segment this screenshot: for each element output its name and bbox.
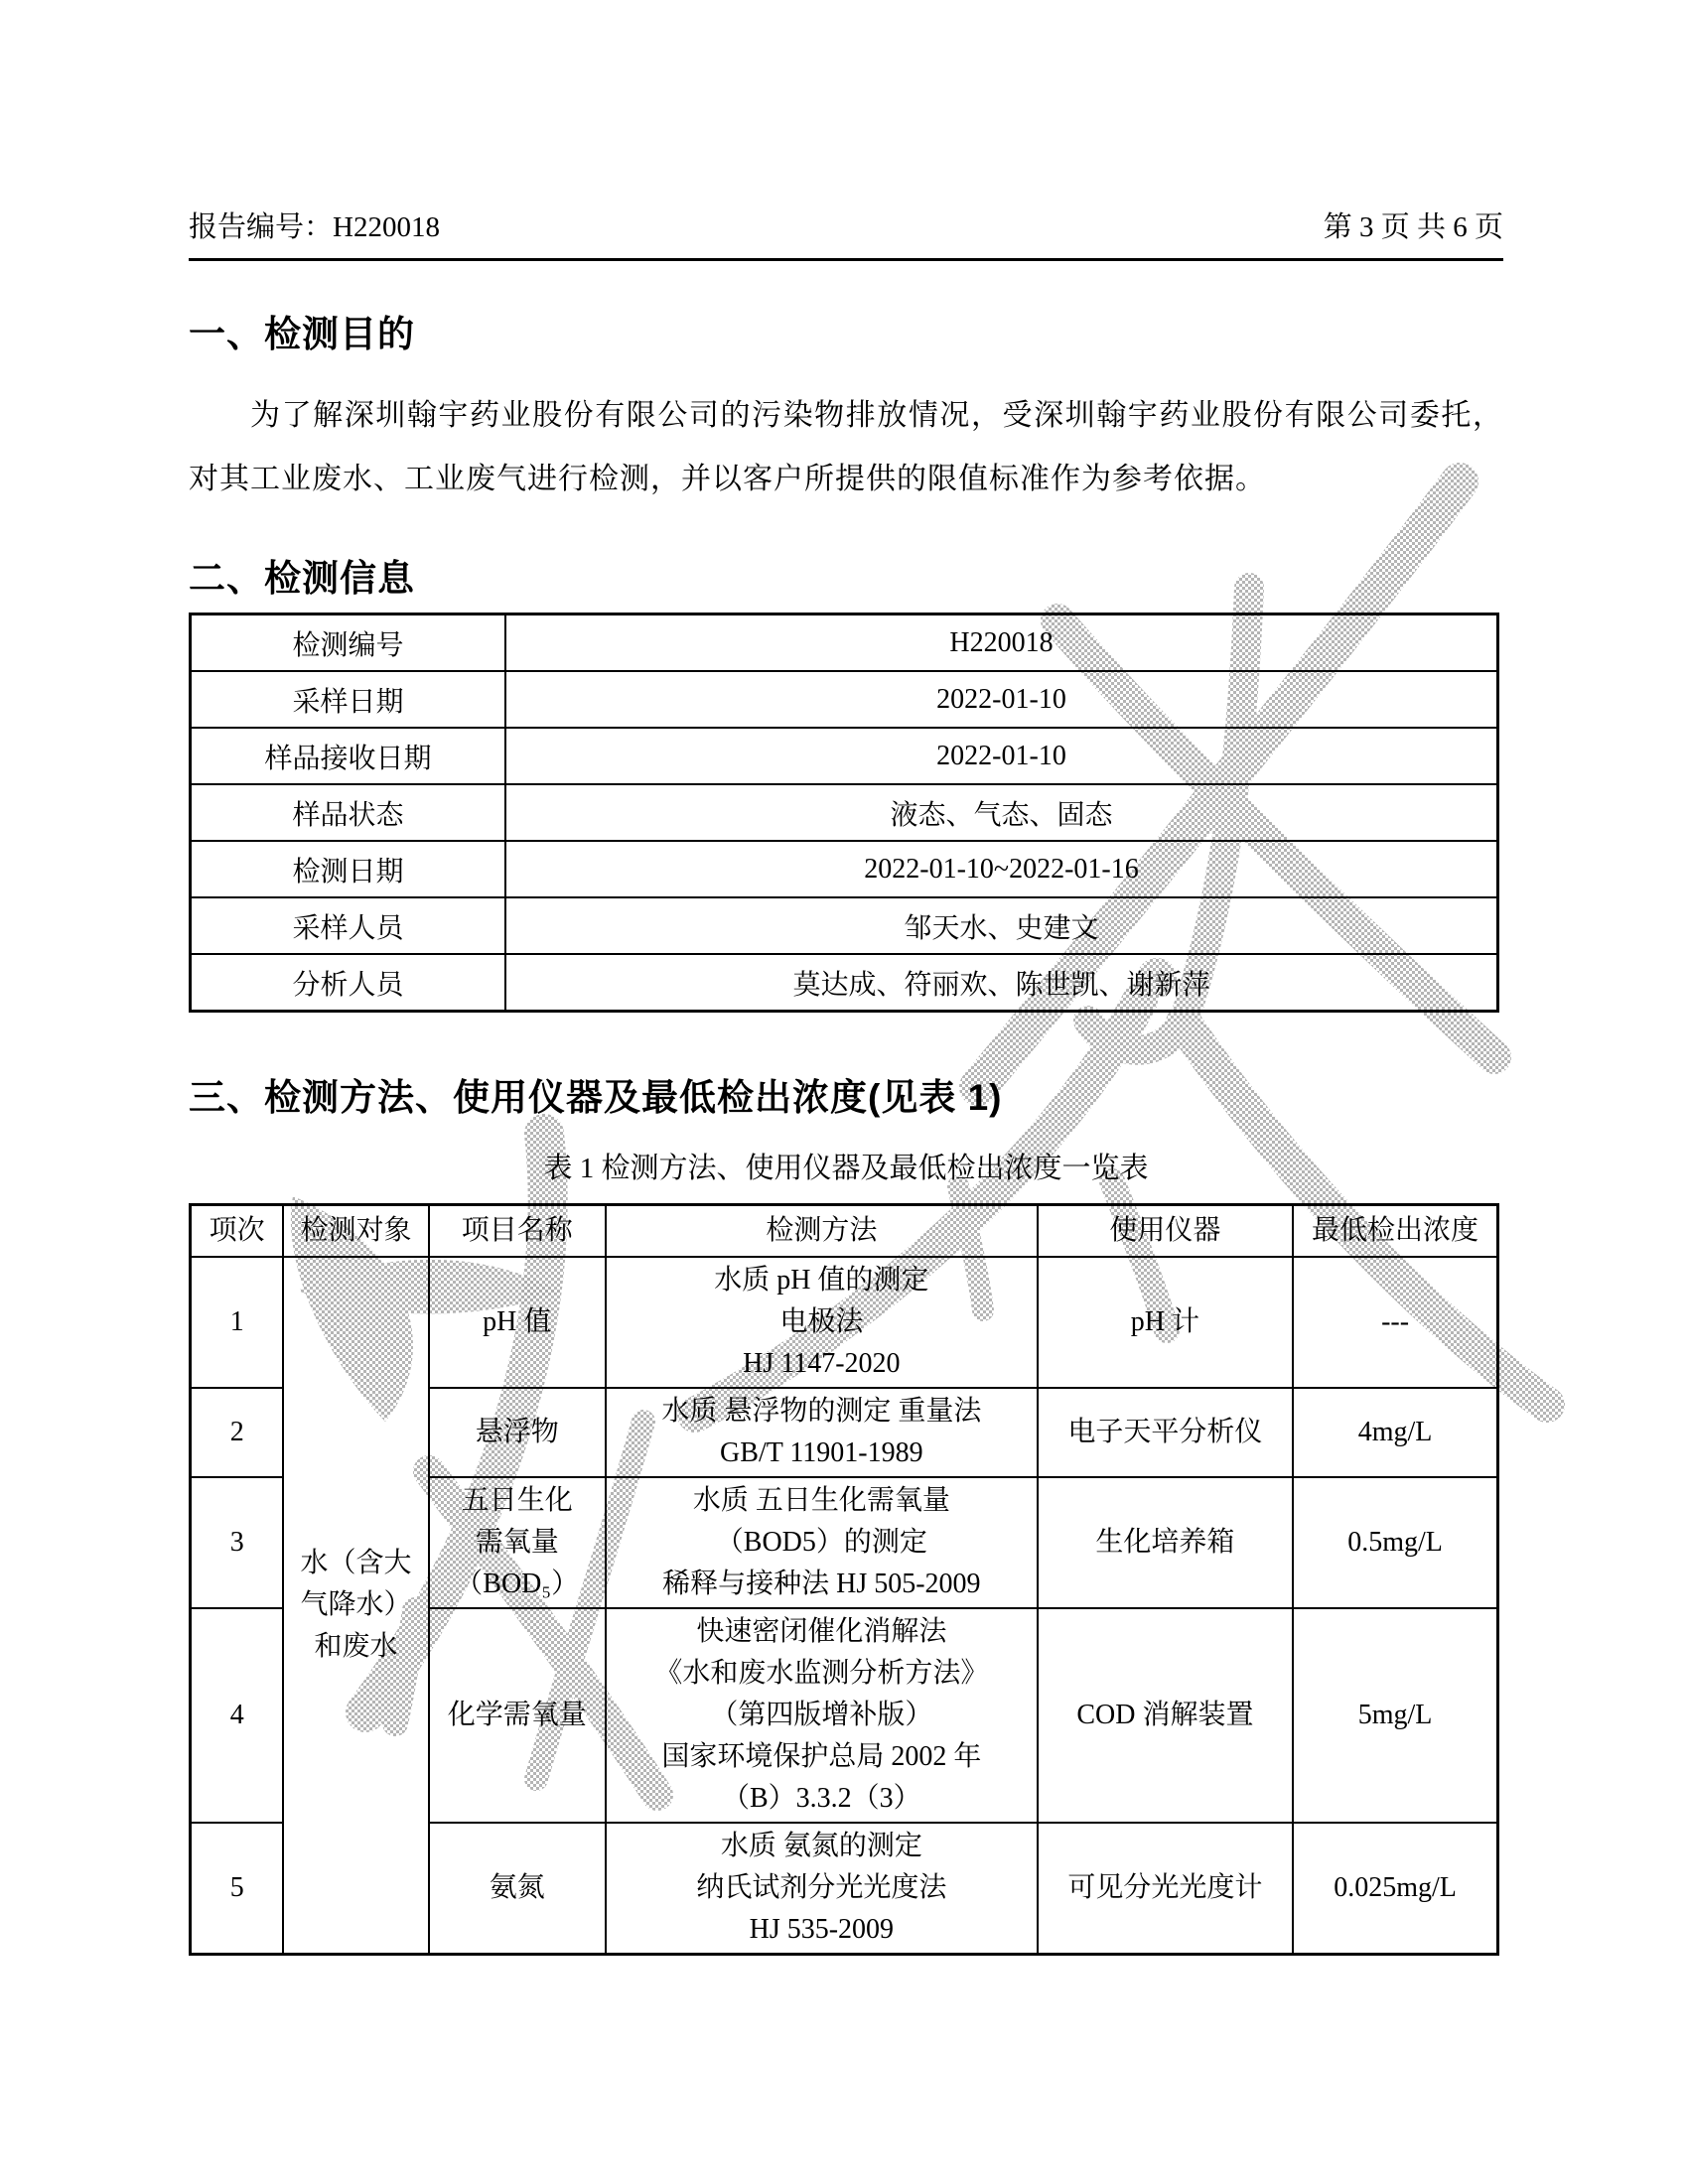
section-title-purpose: 一、检测目的 <box>189 311 1503 358</box>
page-content: 报告编号：H220018 第 3 页 共 6 页 一、检测目的 为了解深圳翰宇药… <box>189 210 1503 1956</box>
info-value: 液态、气态、固态 <box>505 784 1498 841</box>
cell-limit: 0.025mg/L <box>1293 1823 1497 1955</box>
cell-method: 水质 pH 值的测定 电极法 HJ 1147-2020 <box>606 1257 1038 1388</box>
info-label: 采样日期 <box>191 671 506 728</box>
info-value: H220018 <box>505 614 1498 672</box>
cell-item: 氨氮 <box>429 1823 606 1955</box>
report-page: 报告编号：H220018 第 3 页 共 6 页 一、检测目的 为了解深圳翰宇药… <box>0 0 1688 2184</box>
cell-item: 悬浮物 <box>429 1388 606 1477</box>
cell-no: 3 <box>191 1477 284 1608</box>
cell-limit: --- <box>1293 1257 1497 1388</box>
info-label: 检测日期 <box>191 841 506 897</box>
table-row: 样品接收日期 2022-01-10 <box>191 728 1498 784</box>
table-row: 采样日期 2022-01-10 <box>191 671 1498 728</box>
col-header-instrument: 使用仪器 <box>1038 1205 1293 1258</box>
cell-instrument: pH 计 <box>1038 1257 1293 1388</box>
table-row: 样品状态 液态、气态、固态 <box>191 784 1498 841</box>
section-info: 二、检测信息 检测编号 H220018 采样日期 2022-01-10 样品接收… <box>189 555 1503 1013</box>
cell-item: 化学需氧量 <box>429 1608 606 1823</box>
info-label: 检测编号 <box>191 614 506 672</box>
cell-item: 五日生化 需氧量 （BOD₅） <box>429 1477 606 1608</box>
table-row: 检测日期 2022-01-10~2022-01-16 <box>191 841 1498 897</box>
info-label: 样品状态 <box>191 784 506 841</box>
cell-limit: 4mg/L <box>1293 1388 1497 1477</box>
table-header-row: 项次 检测对象 项目名称 检测方法 使用仪器 最低检出浓度 <box>191 1205 1498 1258</box>
cell-instrument: 电子天平分析仪 <box>1038 1388 1293 1477</box>
table-row: 分析人员 莫达成、符丽欢、陈世凯、谢新萍 <box>191 954 1498 1012</box>
cell-instrument: 生化培养箱 <box>1038 1477 1293 1608</box>
info-value: 邹天水、史建文 <box>505 897 1498 954</box>
header-divider <box>189 258 1503 261</box>
methods-table: 项次 检测对象 项目名称 检测方法 使用仪器 最低检出浓度 1 水（含大 气降水… <box>189 1203 1499 1956</box>
page-header: 报告编号：H220018 第 3 页 共 6 页 <box>189 210 1503 244</box>
info-table: 检测编号 H220018 采样日期 2022-01-10 样品接收日期 2022… <box>189 613 1499 1013</box>
cell-method: 快速密闭催化消解法 《水和废水监测分析方法》 （第四版增补版） 国家环境保护总局… <box>606 1608 1038 1823</box>
cell-no: 4 <box>191 1608 284 1823</box>
section-methods: 三、检测方法、使用仪器及最低检出浓度(见表 1) 表 1 检测方法、使用仪器及最… <box>189 1074 1503 1956</box>
table1-caption: 表 1 检测方法、使用仪器及最低检出浓度一览表 <box>189 1150 1503 1187</box>
info-value: 莫达成、符丽欢、陈世凯、谢新萍 <box>505 954 1498 1012</box>
info-label: 分析人员 <box>191 954 506 1012</box>
section-title-info: 二、检测信息 <box>189 555 1503 603</box>
cell-object-merged: 水（含大 气降水） 和废水 <box>283 1257 428 1955</box>
col-header-no: 项次 <box>191 1205 284 1258</box>
page-indicator: 第 3 页 共 6 页 <box>1324 210 1503 244</box>
cell-limit: 0.5mg/L <box>1293 1477 1497 1608</box>
info-value: 2022-01-10 <box>505 671 1498 728</box>
table-row: 检测编号 H220018 <box>191 614 1498 672</box>
info-value: 2022-01-10 <box>505 728 1498 784</box>
cell-no: 1 <box>191 1257 284 1388</box>
report-number: 报告编号：H220018 <box>189 210 440 244</box>
cell-limit: 5mg/L <box>1293 1608 1497 1823</box>
purpose-paragraph: 为了解深圳翰宇药业股份有限公司的污染物排放情况，受深圳翰宇药业股份有限公司委托，… <box>189 384 1503 511</box>
info-label: 采样人员 <box>191 897 506 954</box>
col-header-method: 检测方法 <box>606 1205 1038 1258</box>
section-title-methods: 三、检测方法、使用仪器及最低检出浓度(见表 1) <box>189 1074 1503 1122</box>
cell-instrument: 可见分光光度计 <box>1038 1823 1293 1955</box>
cell-method: 水质 悬浮物的测定 重量法 GB/T 11901-1989 <box>606 1388 1038 1477</box>
col-header-limit: 最低检出浓度 <box>1293 1205 1497 1258</box>
section-purpose: 一、检测目的 为了解深圳翰宇药业股份有限公司的污染物排放情况，受深圳翰宇药业股份… <box>189 311 1503 511</box>
cell-method: 水质 氨氮的测定 纳氏试剂分光光度法 HJ 535-2009 <box>606 1823 1038 1955</box>
cell-no: 2 <box>191 1388 284 1477</box>
col-header-object: 检测对象 <box>283 1205 428 1258</box>
cell-method: 水质 五日生化需氧量 （BOD5）的测定 稀释与接种法 HJ 505-2009 <box>606 1477 1038 1608</box>
info-value: 2022-01-10~2022-01-16 <box>505 841 1498 897</box>
table-row: 采样人员 邹天水、史建文 <box>191 897 1498 954</box>
table-row: 1 水（含大 气降水） 和废水 pH 值 水质 pH 值的测定 电极法 HJ 1… <box>191 1257 1498 1388</box>
cell-item: pH 值 <box>429 1257 606 1388</box>
col-header-item: 项目名称 <box>429 1205 606 1258</box>
info-label: 样品接收日期 <box>191 728 506 784</box>
cell-no: 5 <box>191 1823 284 1955</box>
cell-instrument: COD 消解装置 <box>1038 1608 1293 1823</box>
